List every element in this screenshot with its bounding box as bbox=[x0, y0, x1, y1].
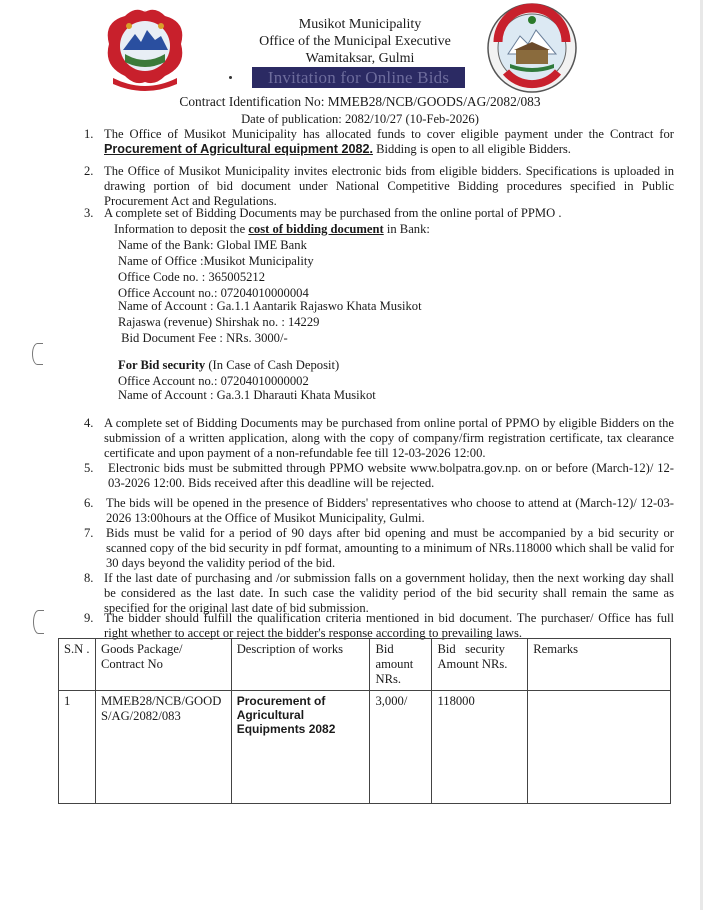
cell-description: Procurement of Agricultural Equipments 2… bbox=[231, 691, 370, 804]
item-number: 9. bbox=[84, 611, 102, 626]
notice-item-3: 3. A complete set of Bidding Documents m… bbox=[84, 206, 674, 406]
punch-hole-mark bbox=[33, 610, 44, 634]
notice-item-5: 5. Electronic bids must be submitted thr… bbox=[84, 461, 674, 493]
bank-name: Name of the Bank: Global IME Bank bbox=[118, 238, 307, 253]
scan-dot bbox=[229, 76, 232, 79]
item-number: 1. bbox=[84, 127, 102, 142]
header-goods-package: Goods Package/ Contract No bbox=[95, 639, 231, 691]
table-header-row: S.N . Goods Package/ Contract No Descrip… bbox=[59, 639, 671, 691]
item-text: If the last date of purchasing and /or s… bbox=[104, 571, 674, 616]
publication-date: Date of publication: 2082/10/27 (10-Feb-… bbox=[200, 110, 520, 128]
cell-bid-amount: 3,000/ bbox=[370, 691, 432, 804]
header-bid-amount: Bid amount NRs. bbox=[370, 639, 432, 691]
bid-table: S.N . Goods Package/ Contract No Descrip… bbox=[58, 638, 671, 804]
cost-of-bidding-document: cost of bidding document bbox=[248, 222, 383, 236]
cell-remarks bbox=[528, 691, 671, 804]
item-text: The Office of Musikot Municipality invit… bbox=[104, 164, 674, 209]
item-text: The bidder should fulfill the qualificat… bbox=[104, 611, 674, 641]
notice-banner: Invitation for Online Bids bbox=[252, 67, 465, 88]
item-number: 5. bbox=[84, 461, 102, 476]
office-code: Office Code no. : 365005212 bbox=[118, 270, 265, 285]
item-number: 8. bbox=[84, 571, 102, 586]
header-description: Description of works bbox=[231, 639, 370, 691]
item-text: A complete set of Bidding Documents may … bbox=[104, 206, 674, 221]
procurement-title: Procurement of Agricultural equipment 20… bbox=[104, 142, 373, 156]
item-text: A complete set of Bidding Documents may … bbox=[104, 416, 674, 461]
cell-security-amount: 118000 bbox=[432, 691, 528, 804]
notice-item-6: 6. The bids will be opened in the presen… bbox=[84, 496, 674, 528]
item-number: 3. bbox=[84, 206, 102, 221]
org-name: Musikot Municipality bbox=[240, 16, 480, 34]
notice-item-4: 4. A complete set of Bidding Documents m… bbox=[84, 416, 674, 462]
item-number: 7. bbox=[84, 526, 102, 541]
office-name: Office of the Municipal Executive bbox=[200, 33, 510, 51]
item-text: Bids must be valid for a period of 90 da… bbox=[106, 526, 674, 571]
cell-sn: 1 bbox=[59, 691, 96, 804]
account-name: Name of Account : Ga.1.1 Aantarik Rajasw… bbox=[118, 299, 422, 314]
cell-package: MMEB28/NCB/GOODS/AG/2082/083 bbox=[95, 691, 231, 804]
security-account-no: Office Account no.: 07204010000002 bbox=[118, 374, 309, 389]
office-address: Wamitaksar, Gulmi bbox=[240, 50, 480, 68]
musikot-municipality-logo bbox=[482, 2, 582, 94]
punch-hole-mark bbox=[32, 343, 43, 365]
bid-security-heading: For Bid security (In Case of Cash Deposi… bbox=[118, 358, 339, 373]
rajaswa-shirshak: Rajaswa (revenue) Shirshak no. : 14229 bbox=[118, 315, 319, 330]
bid-document-fee: Bid Document Fee : NRs. 3000/- bbox=[118, 331, 288, 346]
contract-identification: Contract Identification No: MMEB28/NCB/G… bbox=[120, 93, 600, 111]
deposit-info: Information to deposit the cost of biddi… bbox=[114, 222, 430, 237]
header-sn: S.N . bbox=[59, 639, 96, 691]
notice-item-7: 7. Bids must be valid for a period of 90… bbox=[84, 526, 674, 572]
notice-item-2: 2. The Office of Musikot Municipality in… bbox=[84, 164, 674, 210]
table-row: 1 MMEB28/NCB/GOODS/AG/2082/083 Procureme… bbox=[59, 691, 671, 804]
item-number: 4. bbox=[84, 416, 102, 431]
item-number: 2. bbox=[84, 164, 102, 179]
item-number: 6. bbox=[84, 496, 102, 511]
header-remarks: Remarks bbox=[528, 639, 671, 691]
office-name-detail: Name of Office :Musikot Municipality bbox=[118, 254, 314, 269]
item-text: The Office of Musikot Municipality has a… bbox=[104, 127, 674, 157]
notice-item-9: 9. The bidder should fulfill the qualifi… bbox=[84, 611, 674, 641]
item-text: The bids will be opened in the presence … bbox=[106, 496, 674, 526]
header-bid-security: Bid security Amount NRs. bbox=[432, 639, 528, 691]
item-text: Electronic bids must be submitted throug… bbox=[108, 461, 674, 491]
nepal-emblem-logo bbox=[95, 4, 195, 94]
notice-item-1: 1. The Office of Musikot Municipality ha… bbox=[84, 127, 674, 159]
security-account-name: Name of Account : Ga.3.1 Dharauti Khata … bbox=[118, 388, 376, 403]
